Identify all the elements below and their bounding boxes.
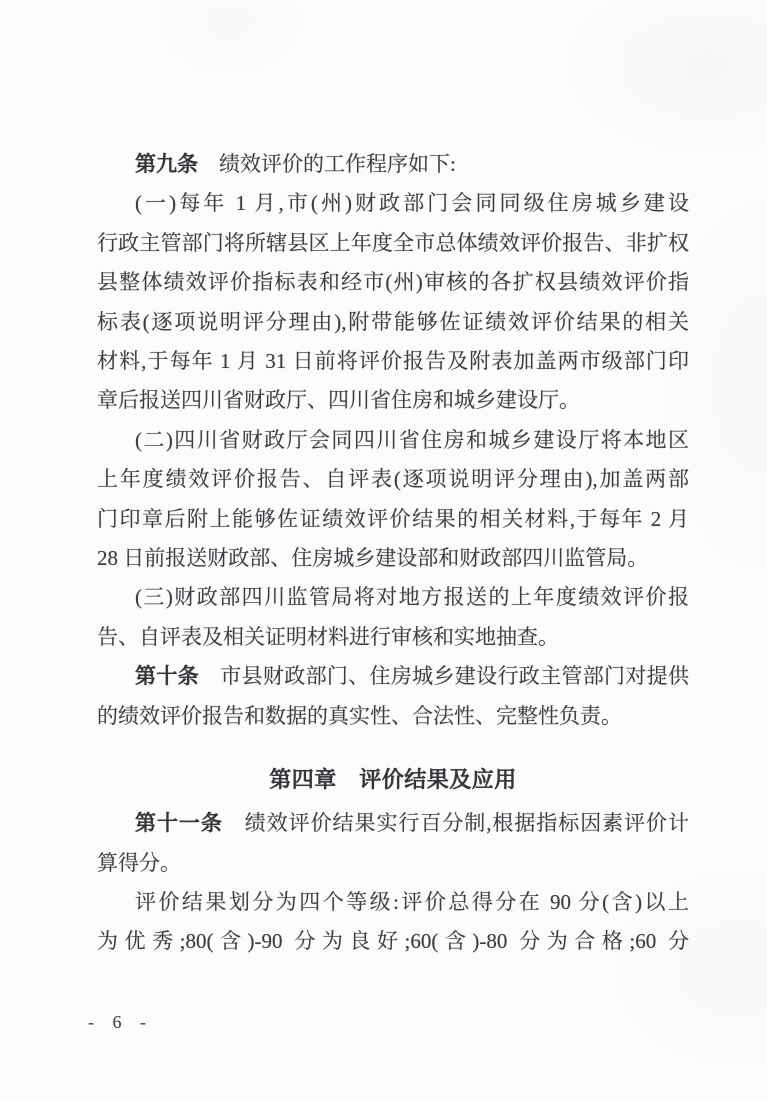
text-line: 评价结果划分为四个等级:评价总得分在 90 分(含)以上 xyxy=(97,883,689,922)
text-segment: 门印章后附上能够佐证绩效评价结果的相关材料,于每年 2 月 xyxy=(97,507,689,531)
text-segment: (一)每年 1 月,市(州)财政部门会同同级住房城乡建设 xyxy=(135,191,689,215)
text-line: 的绩效评价报告和数据的真实性、合法性、完整性负责。 xyxy=(97,697,689,736)
text-segment: 算得分。 xyxy=(97,851,181,875)
text-segment: 为优秀;80(含)-90 分为良好;60(含)-80 分为合格;60 分 xyxy=(97,929,689,953)
text-segment: 28 日前报送财政部、住房城乡建设部和财政部四川监管局。 xyxy=(97,546,648,570)
text-line: 章后报送四川省财政厅、四川省住房和城乡建设厅。 xyxy=(97,381,689,420)
text-line: 第十一条 绩效评价结果实行百分制,根据指标因素评价计 xyxy=(97,804,689,843)
text-segment: (二)四川省财政厅会同四川省住房和城乡建设厅将本地区 xyxy=(135,428,689,452)
text-line: 第九条 绩效评价的工作程序如下: xyxy=(97,145,689,184)
paragraph: 第十一条 绩效评价结果实行百分制,根据指标因素评价计算得分。 xyxy=(97,804,689,883)
paragraph: (二)四川省财政厅会同四川省住房和城乡建设厅将本地区上年度绩效评价报告、自评表(… xyxy=(97,421,689,579)
article-number: 第十一条 xyxy=(135,811,223,835)
text-line: 28 日前报送财政部、住房城乡建设部和财政部四川监管局。 xyxy=(97,539,689,578)
text-segment: 的绩效评价报告和数据的真实性、合法性、完整性负责。 xyxy=(97,704,622,728)
document-body: 第九条 绩效评价的工作程序如下:(一)每年 1 月,市(州)财政部门会同同级住房… xyxy=(97,145,689,962)
page-number: - 6 - xyxy=(88,1012,153,1033)
text-segment: 市县财政部门、住房城乡建设行政主管部门对提供 xyxy=(199,664,689,688)
text-segment: 行政主管部门将所辖县区上年度全市总体绩效评价报告、非扩权 xyxy=(97,231,689,255)
text-line: 告、自评表及相关证明材料进行审核和实地抽查。 xyxy=(97,618,689,657)
text-line: 材料,于每年 1 月 31 日前将评价报告及附表加盖两市级部门印 xyxy=(97,342,689,381)
paragraph: 第十条 市县财政部门、住房城乡建设行政主管部门对提供的绩效评价报告和数据的真实性… xyxy=(97,657,689,736)
text-line: 算得分。 xyxy=(97,844,689,883)
text-line: (二)四川省财政厅会同四川省住房和城乡建设厅将本地区 xyxy=(97,421,689,460)
paragraph: 评价结果划分为四个等级:评价总得分在 90 分(含)以上为优秀;80(含)-90… xyxy=(97,883,689,962)
text-line: 县整体绩效评价指标表和经市(州)审核的各扩权县绩效评价指 xyxy=(97,263,689,302)
text-line: (三)财政部四川监管局将对地方报送的上年度绩效评价报 xyxy=(97,578,689,617)
text-segment: 告、自评表及相关证明材料进行审核和实地抽查。 xyxy=(97,625,559,649)
chapter-heading: 第四章 评价结果及应用 xyxy=(97,762,689,798)
text-segment: (三)财政部四川监管局将对地方报送的上年度绩效评价报 xyxy=(135,585,689,609)
text-segment: 标表(逐项说明评分理由),附带能够佐证绩效评价结果的相关 xyxy=(97,310,689,334)
text-line: 第十条 市县财政部门、住房城乡建设行政主管部门对提供 xyxy=(97,657,689,696)
text-segment: 绩效评价结果实行百分制,根据指标因素评价计 xyxy=(223,811,689,835)
paragraph: (三)财政部四川监管局将对地方报送的上年度绩效评价报告、自评表及相关证明材料进行… xyxy=(97,578,689,657)
text-line: 上年度绩效评价报告、自评表(逐项说明评分理由),加盖两部 xyxy=(97,460,689,499)
text-segment: 上年度绩效评价报告、自评表(逐项说明评分理由),加盖两部 xyxy=(97,467,689,491)
text-line: 门印章后附上能够佐证绩效评价结果的相关材料,于每年 2 月 xyxy=(97,500,689,539)
text-line: (一)每年 1 月,市(州)财政部门会同同级住房城乡建设 xyxy=(97,184,689,223)
text-segment: 评价结果划分为四个等级:评价总得分在 90 分(含)以上 xyxy=(135,890,689,914)
paragraph: (一)每年 1 月,市(州)财政部门会同同级住房城乡建设行政主管部门将所辖县区上… xyxy=(97,184,689,420)
article-number: 第十条 xyxy=(135,664,199,688)
document-page: 第九条 绩效评价的工作程序如下:(一)每年 1 月,市(州)财政部门会同同级住房… xyxy=(0,0,767,1101)
text-segment: 县整体绩效评价指标表和经市(州)审核的各扩权县绩效评价指 xyxy=(97,270,689,294)
article-number: 第九条 xyxy=(135,152,198,176)
text-line: 标表(逐项说明评分理由),附带能够佐证绩效评价结果的相关 xyxy=(97,303,689,342)
text-line: 行政主管部门将所辖县区上年度全市总体绩效评价报告、非扩权 xyxy=(97,224,689,263)
text-line: 为优秀;80(含)-90 分为良好;60(含)-80 分为合格;60 分 xyxy=(97,922,689,961)
text-segment: 材料,于每年 1 月 31 日前将评价报告及附表加盖两市级部门印 xyxy=(97,349,689,373)
text-segment: 章后报送四川省财政厅、四川省住房和城乡建设厅。 xyxy=(97,388,580,412)
paragraph: 第九条 绩效评价的工作程序如下: xyxy=(97,145,689,184)
text-segment: 绩效评价的工作程序如下: xyxy=(198,152,456,176)
